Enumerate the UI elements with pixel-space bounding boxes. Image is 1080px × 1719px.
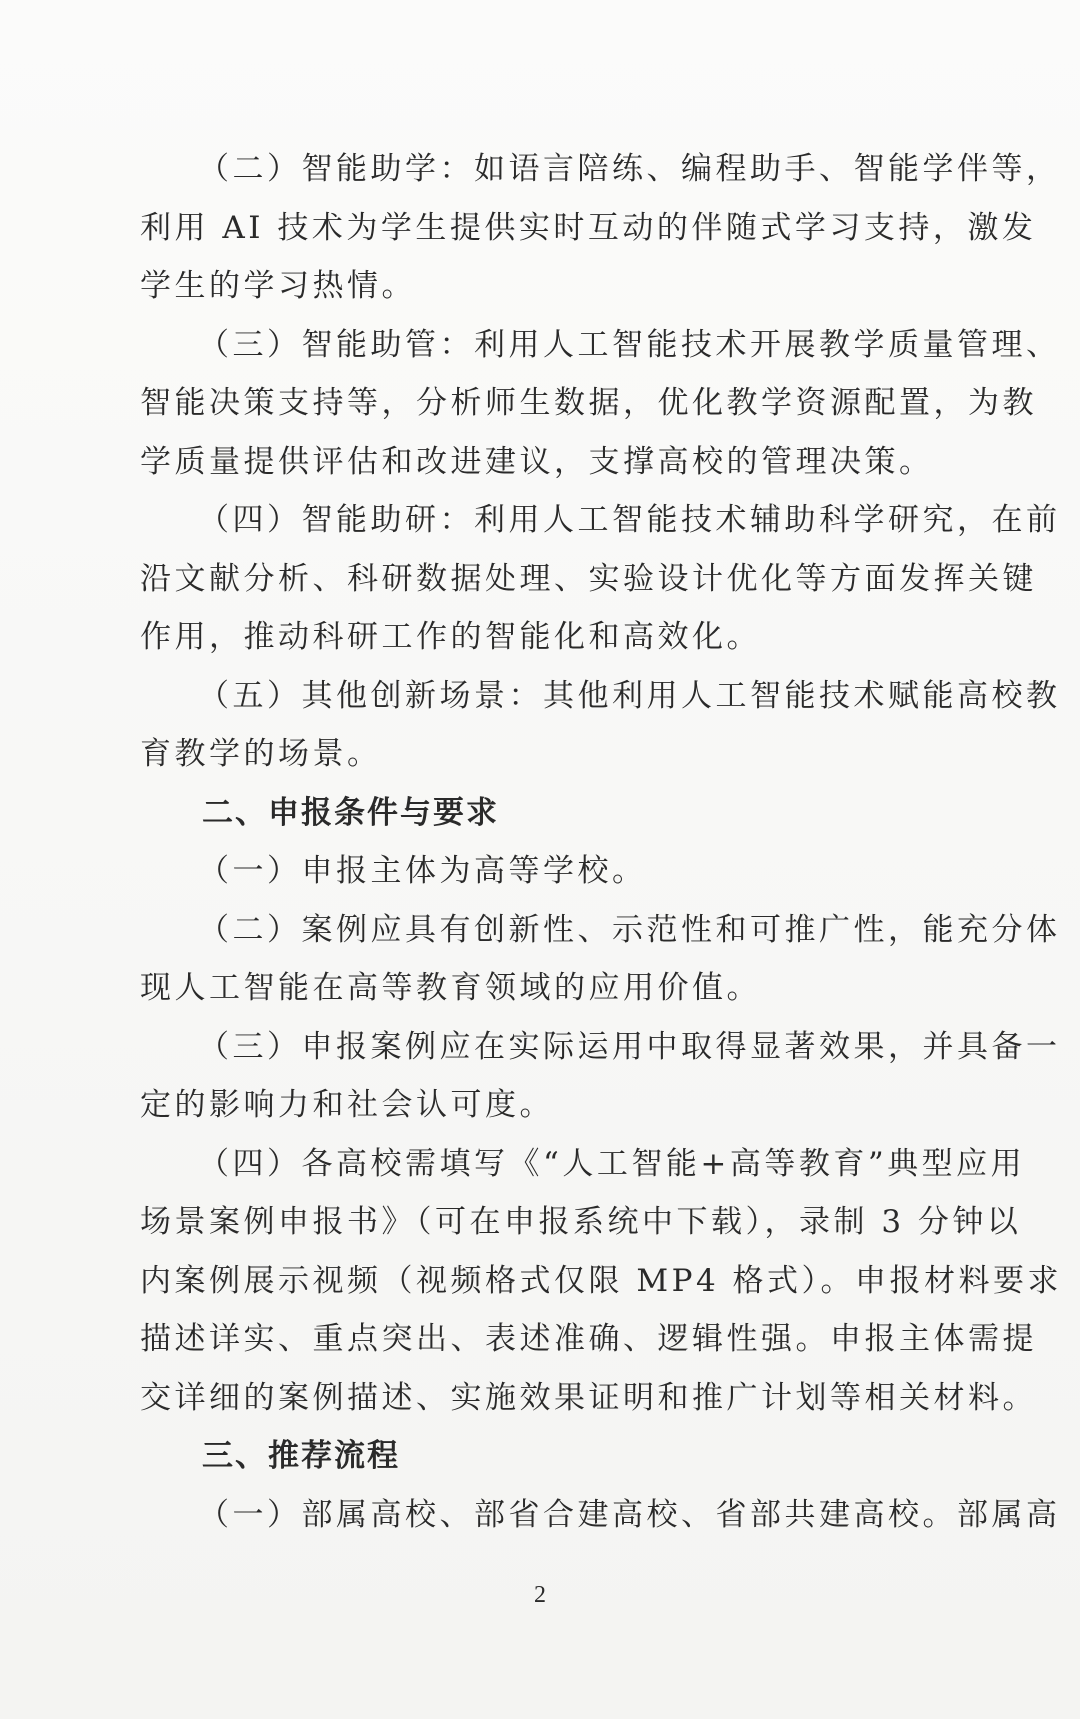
text-line: 智能决策支持等，分析师生数据，优化教学资源配置，为教 [140, 374, 1000, 433]
text-line: 育教学的场景。 [140, 725, 1000, 784]
text-line: 沿文献分析、科研数据处理、实验设计优化等方面发挥关键 [140, 550, 1000, 609]
text-line: （二）智能助学：如语言陪练、编程助手、智能学伴等， [140, 140, 1000, 199]
text-line: 定的影响力和社会认可度。 [140, 1076, 1000, 1135]
text-line: 学生的学习热情。 [140, 257, 1000, 316]
section-heading: 三、推荐流程 [140, 1427, 1000, 1486]
text-line: （二）案例应具有创新性、示范性和可推广性，能充分体 [140, 901, 1000, 960]
text-line: 内案例展示视频（视频格式仅限 MP4 格式）。申报材料要求 [140, 1252, 1000, 1311]
page-number: 2 [0, 1582, 1080, 1609]
text-line: 学质量提供评估和改进建议，支撑高校的管理决策。 [140, 433, 1000, 492]
text-line: （三）智能助管：利用人工智能技术开展教学质量管理、 [140, 316, 1000, 375]
text-line: 描述详实、重点突出、表述准确、逻辑性强。申报主体需提 [140, 1310, 1000, 1369]
text-line: （一）申报主体为高等学校。 [140, 842, 1000, 901]
text-line: 场景案例申报书》（可在申报系统中下载），录制 3 分钟以 [140, 1193, 1000, 1252]
text-line: （四）智能助研：利用人工智能技术辅助科学研究，在前 [140, 491, 1000, 550]
document-body: （二）智能助学：如语言陪练、编程助手、智能学伴等，利用 AI 技术为学生提供实时… [140, 140, 1000, 1544]
text-line: 现人工智能在高等教育领域的应用价值。 [140, 959, 1000, 1018]
text-line: （五）其他创新场景：其他利用人工智能技术赋能高校教 [140, 667, 1000, 726]
text-line: 交详细的案例描述、实施效果证明和推广计划等相关材料。 [140, 1369, 1000, 1428]
section-heading: 二、申报条件与要求 [140, 784, 1000, 843]
text-line: 作用，推动科研工作的智能化和高效化。 [140, 608, 1000, 667]
document-page: （二）智能助学：如语言陪练、编程助手、智能学伴等，利用 AI 技术为学生提供实时… [0, 0, 1080, 1719]
text-line: （四）各高校需填写《“人工智能+高等教育”典型应用 [140, 1135, 1000, 1194]
text-line: （三）申报案例应在实际运用中取得显著效果，并具备一 [140, 1018, 1000, 1077]
text-line: （一）部属高校、部省合建高校、省部共建高校。部属高 [140, 1486, 1000, 1545]
text-line: 利用 AI 技术为学生提供实时互动的伴随式学习支持，激发 [140, 199, 1000, 258]
